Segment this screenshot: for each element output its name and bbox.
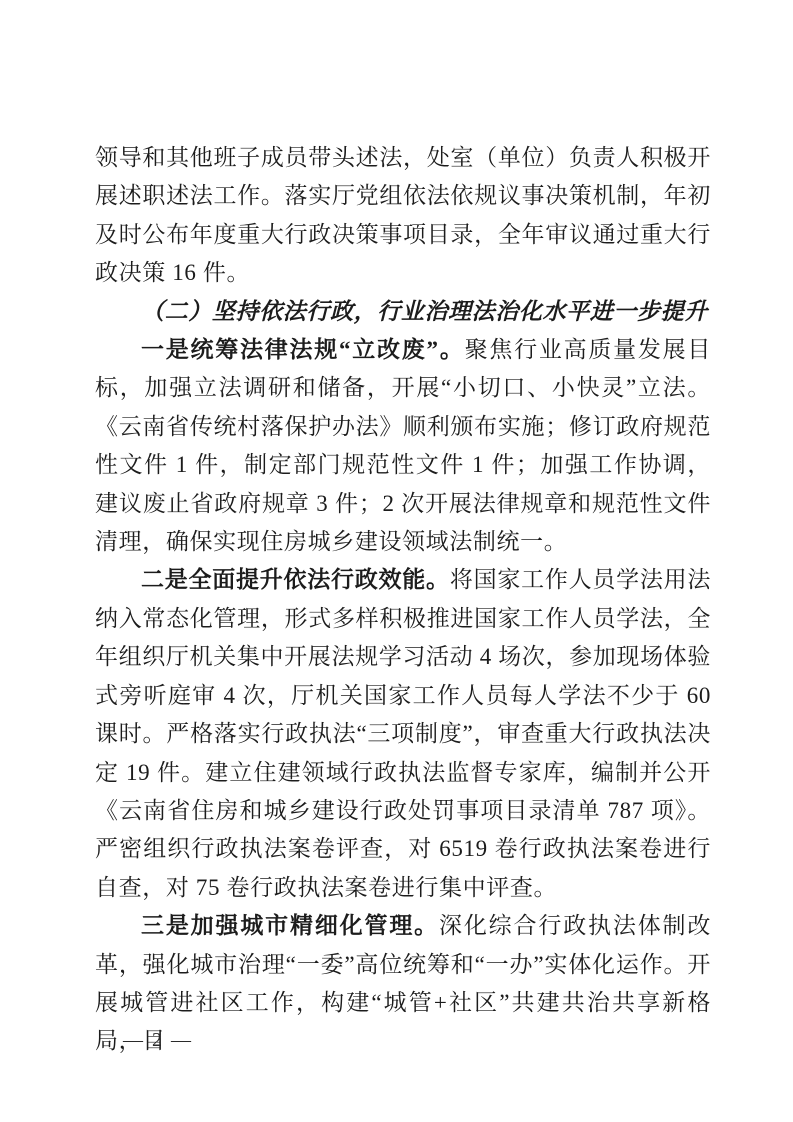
paragraph-text: 聚焦行业高质量发展目标，加强立法调研和储备，开展“小切口、小快灵”立法。《云南省… <box>95 337 711 554</box>
section-heading-text: （二）坚持依法行政，行业治理法治化水平进一步提升 <box>141 299 708 324</box>
document-page: 领导和其他班子成员带头述法，处室（单位）负责人积极开展述职述法工作。落实厅党组依… <box>0 0 793 1122</box>
paragraph-lead: 三是加强城市精细化管理。 <box>141 913 439 938</box>
section-heading: （二）坚持依法行政，行业治理法治化水平进一步提升 <box>95 293 711 331</box>
paragraph-lead: 二是全面提升依法行政效能。 <box>141 567 450 592</box>
paragraph-text: 领导和其他班子成员带头述法，处室（单位）负责人积极开展述职述法工作。落实厅党组依… <box>95 145 711 285</box>
paragraph-text: 将国家工作人员学法用法纳入常态化管理，形式多样积极推进国家工作人员学法，全年组织… <box>95 567 711 899</box>
page-number: — 2 — <box>123 1029 193 1052</box>
document-body: 领导和其他班子成员带头述法，处室（单位）负责人积极开展述职述法工作。落实厅党组依… <box>95 139 711 1061</box>
paragraph-lead: 一是统筹法律法规“立改废”。 <box>141 337 465 362</box>
paragraph-continuation: 领导和其他班子成员带头述法，处室（单位）负责人积极开展述职述法工作。落实厅党组依… <box>95 139 711 293</box>
paragraph-item-one: 一是统筹法律法规“立改废”。聚焦行业高质量发展目标，加强立法调研和储备，开展“小… <box>95 331 711 561</box>
paragraph-item-two: 二是全面提升依法行政效能。将国家工作人员学法用法纳入常态化管理，形式多样积极推进… <box>95 561 711 907</box>
